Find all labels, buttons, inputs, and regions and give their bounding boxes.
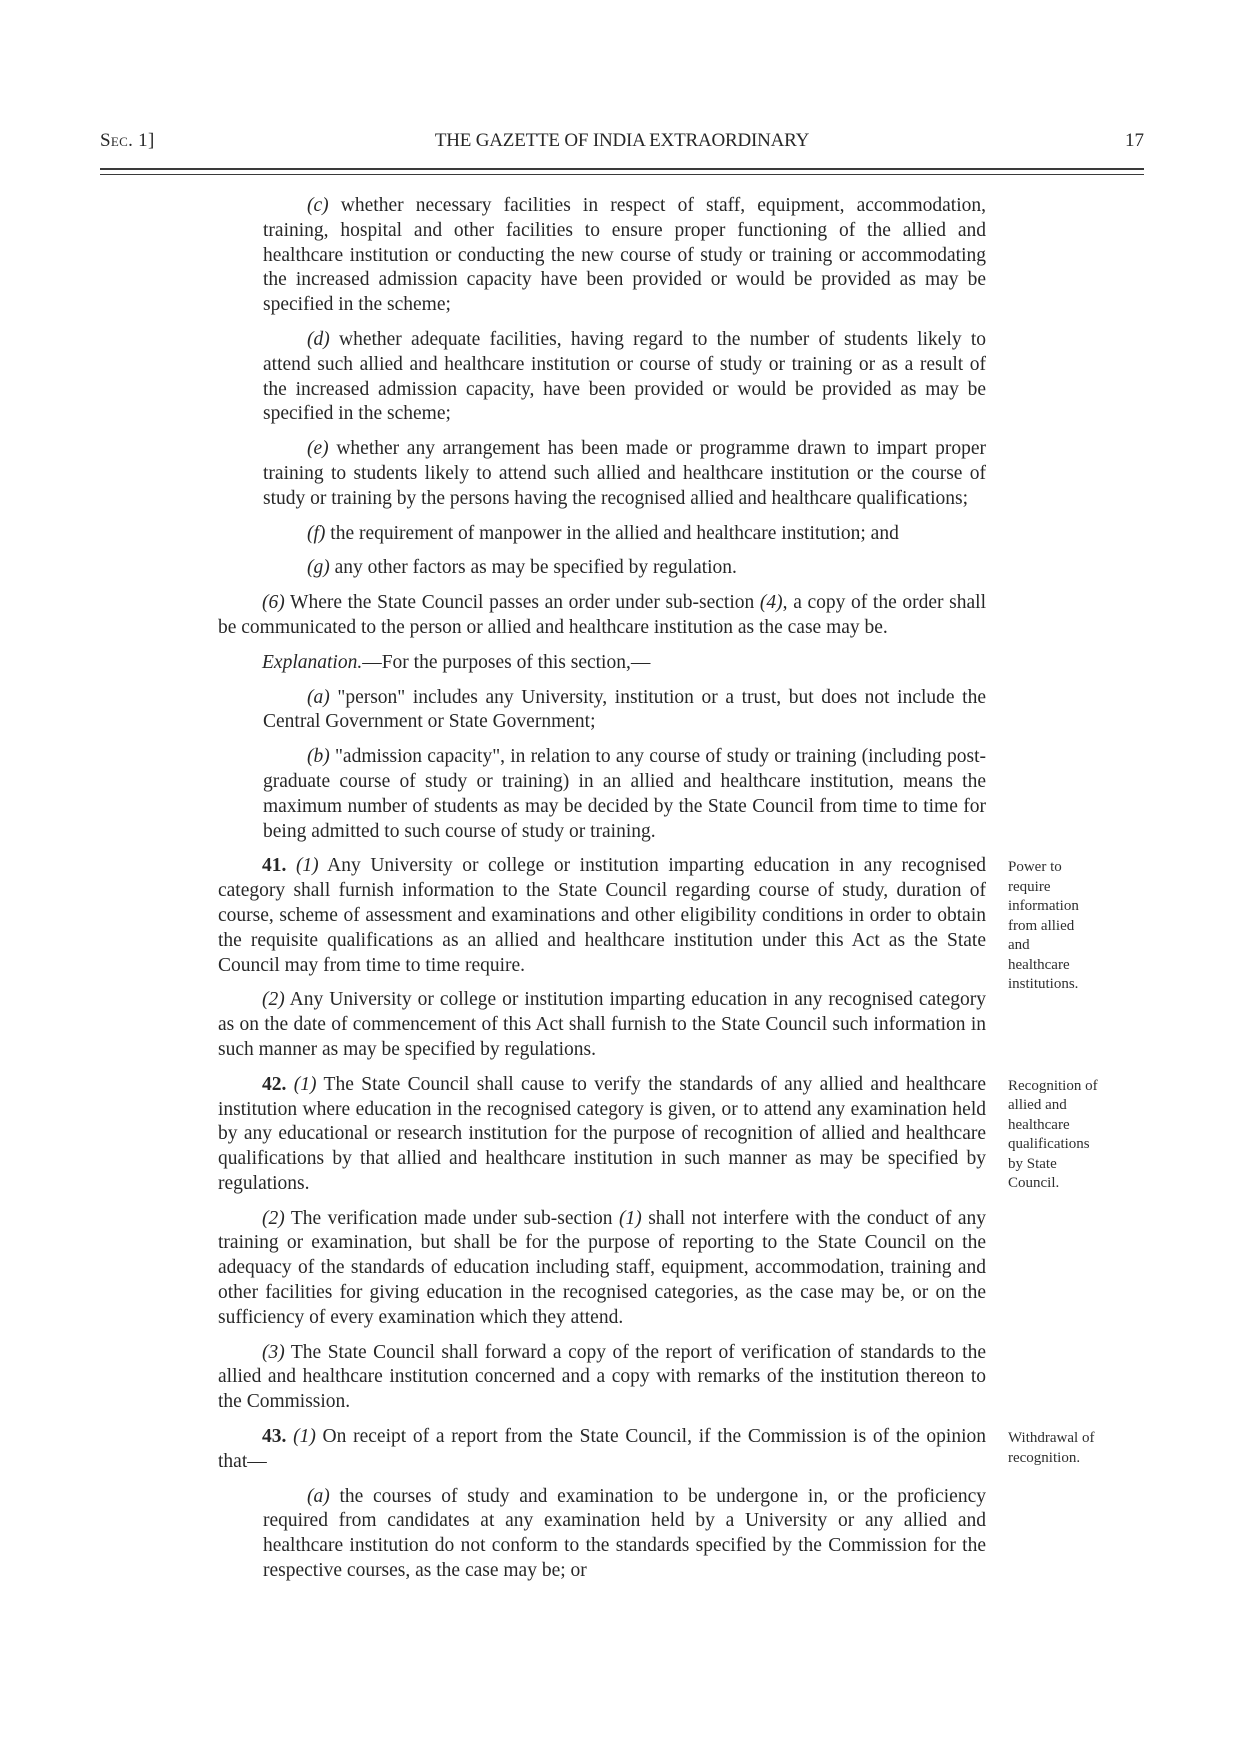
paragraph-c: (c) whether necessary facilities in resp… <box>263 194 986 318</box>
paragraph-wrap: (2) Any University or college or institu… <box>218 988 986 1062</box>
paragraph-wrap: (e) whether any arrangement has been mad… <box>218 437 986 511</box>
paragraph-43-1: 43. (1) On receipt of a report from the … <box>218 1425 986 1475</box>
gazette-title: THE GAZETTE OF INDIA EXTRAORDINARY <box>270 130 974 152</box>
page-header: Sec. 1] THE GAZETTE OF INDIA EXTRAORDINA… <box>100 130 1144 152</box>
paragraph-f: (f) the requirement of manpower in the a… <box>263 522 986 547</box>
paragraph-d: (d) whether adequate facilities, having … <box>263 328 986 427</box>
paragraph-6: (6) Where the State Council passes an or… <box>218 591 986 641</box>
paragraph-wrap: 42. (1) The State Council shall cause to… <box>218 1073 986 1197</box>
paragraph-wrap: (b) "admission capacity", in relation to… <box>218 745 986 844</box>
page-number: 17 <box>974 130 1144 152</box>
section-label: Sec. 1] <box>100 130 270 152</box>
paragraph-wrap: (a) "person" includes any University, in… <box>218 686 986 736</box>
header-double-rule <box>100 168 1144 175</box>
paragraph-42-3: (3) The State Council shall forward a co… <box>218 1341 986 1415</box>
paragraph-42-1: 42. (1) The State Council shall cause to… <box>218 1073 986 1197</box>
paragraph-wrap: (a) the courses of study and examination… <box>218 1485 986 1584</box>
margin-note-withdrawal-of-recognition: Withdrawal of recognition. <box>1008 1429 1124 1468</box>
paragraph-wrap: (c) whether necessary facilities in resp… <box>218 194 986 318</box>
margin-note-recognition-of-qualifications: Recognition of allied and healthcare qua… <box>1008 1077 1124 1194</box>
paragraph-wrap: (d) whether adequate facilities, having … <box>218 328 986 427</box>
paragraph-41-2: (2) Any University or college or institu… <box>218 988 986 1062</box>
paragraph-wrap: (2) The verification made under sub-sect… <box>218 1207 986 1331</box>
paragraph-expl-a: (a) "person" includes any University, in… <box>263 686 986 736</box>
paragraph-explanation: Explanation.—For the purposes of this se… <box>218 651 986 676</box>
paragraph-wrap: (3) The State Council shall forward a co… <box>218 1341 986 1415</box>
paragraph-wrap: 43. (1) On receipt of a report from the … <box>218 1425 986 1475</box>
body-text: (c) whether necessary facilities in resp… <box>218 194 986 1594</box>
paragraph-42-2: (2) The verification made under sub-sect… <box>218 1207 986 1331</box>
paragraph-e: (e) whether any arrangement has been mad… <box>263 437 986 511</box>
paragraph-43-a: (a) the courses of study and examination… <box>263 1485 986 1584</box>
margin-note-power-to-require-information: Power to require information from allied… <box>1008 858 1124 995</box>
paragraph-wrap: (6) Where the State Council passes an or… <box>218 591 986 641</box>
paragraph-g: (g) any other factors as may be specifie… <box>263 556 986 581</box>
gazette-page: Sec. 1] THE GAZETTE OF INDIA EXTRAORDINA… <box>0 0 1240 1755</box>
paragraph-wrap: 41. (1) Any University or college or ins… <box>218 854 986 978</box>
paragraph-wrap: (g) any other factors as may be specifie… <box>218 556 986 581</box>
paragraph-expl-b: (b) "admission capacity", in relation to… <box>263 745 986 844</box>
paragraph-wrap: Explanation.—For the purposes of this se… <box>218 651 986 676</box>
paragraph-wrap: (f) the requirement of manpower in the a… <box>218 522 986 547</box>
paragraph-41-1: 41. (1) Any University or college or ins… <box>218 854 986 978</box>
